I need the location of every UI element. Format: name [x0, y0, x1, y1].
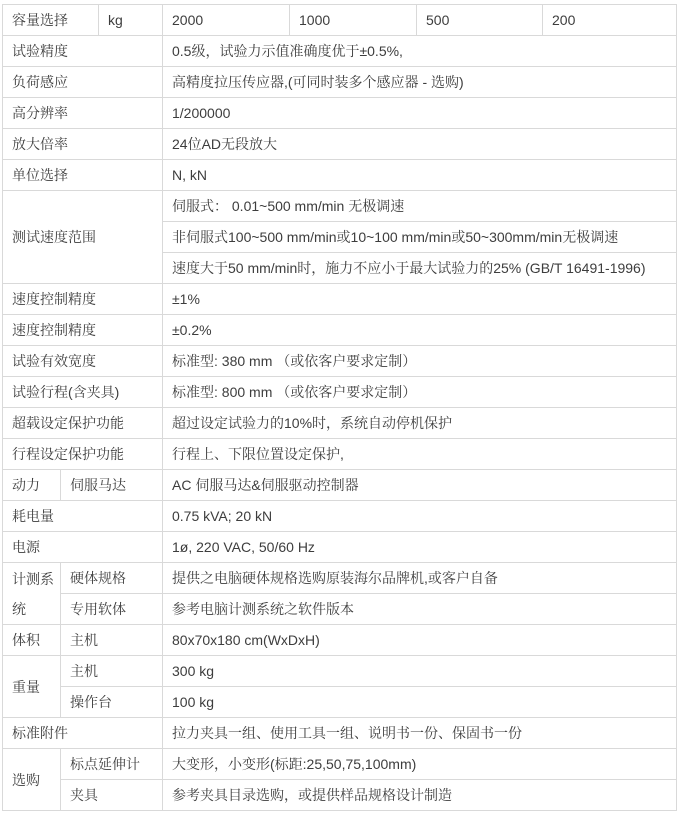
- spec-cell: 速度大于50 mm/min时，施力不应小于最大试验力的25% (GB/T 164…: [163, 253, 677, 284]
- spec-row: 夹具参考夹具目录选购，或提供样品规格设计制造: [3, 780, 677, 811]
- spec-cell: 1/200000: [163, 98, 677, 129]
- spec-cell: 体积: [3, 625, 61, 656]
- spec-row: 选购标点延伸计大变形，小变形(标距:25,50,75,100mm): [3, 749, 677, 780]
- spec-row: 高分辨率1/200000: [3, 98, 677, 129]
- spec-cell: 耗电量: [3, 501, 163, 532]
- spec-page: 容量选择kg20001000500200试验精度0.5级，试验力示值准确度优于±…: [0, 0, 679, 817]
- spec-cell: 提供之电脑硬体规格选购原装海尔品牌机,或客户自备: [163, 563, 677, 594]
- spec-cell: 高分辨率: [3, 98, 163, 129]
- spec-cell: 80x70x180 cm(WxDxH): [163, 625, 677, 656]
- spec-cell: 非伺服式100~500 mm/min或10~100 mm/min或50~300m…: [163, 222, 677, 253]
- spec-row: 行程设定保护功能行程上、下限位置设定保护,: [3, 439, 677, 470]
- spec-row: 体积主机80x70x180 cm(WxDxH): [3, 625, 677, 656]
- spec-cell: 2000: [163, 5, 290, 36]
- spec-cell: 放大倍率: [3, 129, 163, 160]
- spec-cell: 标准型: 800 mm （或依客户要求定制）: [163, 377, 677, 408]
- spec-cell: 负荷感应: [3, 67, 163, 98]
- spec-cell: 电源: [3, 532, 163, 563]
- spec-cell: 行程上、下限位置设定保护,: [163, 439, 677, 470]
- spec-row: 试验行程(含夹具)标准型: 800 mm （或依客户要求定制）: [3, 377, 677, 408]
- spec-row: 重量主机300 kg: [3, 656, 677, 687]
- spec-cell: 选购: [3, 749, 61, 811]
- spec-row: 操作台100 kg: [3, 687, 677, 718]
- spec-cell: 伺服马达: [61, 470, 163, 501]
- spec-cell: 计测系统: [3, 563, 61, 625]
- spec-cell: 1ø, 220 VAC, 50/60 Hz: [163, 532, 677, 563]
- spec-cell: 参考电脑计测系统之软件版本: [163, 594, 677, 625]
- spec-cell: 参考夹具目录选购，或提供样品规格设计制造: [163, 780, 677, 811]
- spec-cell: 速度控制精度: [3, 284, 163, 315]
- spec-cell: 500: [417, 5, 543, 36]
- spec-row: 速度控制精度±0.2%: [3, 315, 677, 346]
- spec-cell: 超载设定保护功能: [3, 408, 163, 439]
- spec-cell: 动力: [3, 470, 61, 501]
- spec-cell: 测试速度范围: [3, 191, 163, 284]
- spec-table: 容量选择kg20001000500200试验精度0.5级，试验力示值准确度优于±…: [2, 4, 677, 811]
- spec-row: 容量选择kg20001000500200: [3, 5, 677, 36]
- spec-cell: 专用软体: [61, 594, 163, 625]
- spec-cell: 1000: [290, 5, 417, 36]
- spec-cell: 夹具: [61, 780, 163, 811]
- spec-row: 试验有效宽度标准型: 380 mm （或依客户要求定制）: [3, 346, 677, 377]
- spec-cell: 200: [543, 5, 677, 36]
- spec-cell: 操作台: [61, 687, 163, 718]
- spec-row: 标准附件拉力夹具一组、使用工具一组、说明书一份、保固书一份: [3, 718, 677, 749]
- spec-cell: 单位选择: [3, 160, 163, 191]
- spec-row: 耗电量0.75 kVA; 20 kN: [3, 501, 677, 532]
- spec-row: 测试速度范围伺服式： 0.01~500 mm/min 无极调速: [3, 191, 677, 222]
- spec-cell: 主机: [61, 656, 163, 687]
- spec-cell: 容量选择: [3, 5, 99, 36]
- spec-row: 动力伺服马达AC 伺服马达&伺服驱动控制器: [3, 470, 677, 501]
- spec-cell: kg: [99, 5, 163, 36]
- spec-cell: ±1%: [163, 284, 677, 315]
- spec-cell: 主机: [61, 625, 163, 656]
- spec-row: 负荷感应高精度拉压传应器,(可同时装多个感应器 - 选购): [3, 67, 677, 98]
- spec-cell: 0.5级，试验力示值准确度优于±0.5%,: [163, 36, 677, 67]
- spec-row: 电源1ø, 220 VAC, 50/60 Hz: [3, 532, 677, 563]
- spec-row: 速度控制精度±1%: [3, 284, 677, 315]
- spec-cell: 100 kg: [163, 687, 677, 718]
- spec-cell: 标准型: 380 mm （或依客户要求定制）: [163, 346, 677, 377]
- spec-cell: AC 伺服马达&伺服驱动控制器: [163, 470, 677, 501]
- spec-cell: ±0.2%: [163, 315, 677, 346]
- spec-cell: 标准附件: [3, 718, 163, 749]
- spec-cell: 行程设定保护功能: [3, 439, 163, 470]
- spec-row: 超载设定保护功能超过设定试验力的10%时，系统自动停机保护: [3, 408, 677, 439]
- spec-cell: 超过设定试验力的10%时，系统自动停机保护: [163, 408, 677, 439]
- spec-cell: 速度控制精度: [3, 315, 163, 346]
- spec-cell: 拉力夹具一组、使用工具一组、说明书一份、保固书一份: [163, 718, 677, 749]
- spec-cell: 24位AD无段放大: [163, 129, 677, 160]
- spec-cell: 试验精度: [3, 36, 163, 67]
- spec-cell: 试验有效宽度: [3, 346, 163, 377]
- spec-cell: 重量: [3, 656, 61, 718]
- spec-row: 计测系统硬体规格提供之电脑硬体规格选购原装海尔品牌机,或客户自备: [3, 563, 677, 594]
- spec-cell: 大变形，小变形(标距:25,50,75,100mm): [163, 749, 677, 780]
- spec-table-body: 容量选择kg20001000500200试验精度0.5级，试验力示值准确度优于±…: [3, 5, 677, 811]
- spec-row: 试验精度0.5级，试验力示值准确度优于±0.5%,: [3, 36, 677, 67]
- spec-row: 单位选择N, kN: [3, 160, 677, 191]
- spec-cell: 伺服式： 0.01~500 mm/min 无极调速: [163, 191, 677, 222]
- spec-cell: 高精度拉压传应器,(可同时装多个感应器 - 选购): [163, 67, 677, 98]
- spec-cell: N, kN: [163, 160, 677, 191]
- spec-row: 专用软体参考电脑计测系统之软件版本: [3, 594, 677, 625]
- spec-row: 放大倍率24位AD无段放大: [3, 129, 677, 160]
- spec-cell: 标点延伸计: [61, 749, 163, 780]
- spec-cell: 硬体规格: [61, 563, 163, 594]
- spec-cell: 0.75 kVA; 20 kN: [163, 501, 677, 532]
- spec-cell: 试验行程(含夹具): [3, 377, 163, 408]
- spec-cell: 300 kg: [163, 656, 677, 687]
